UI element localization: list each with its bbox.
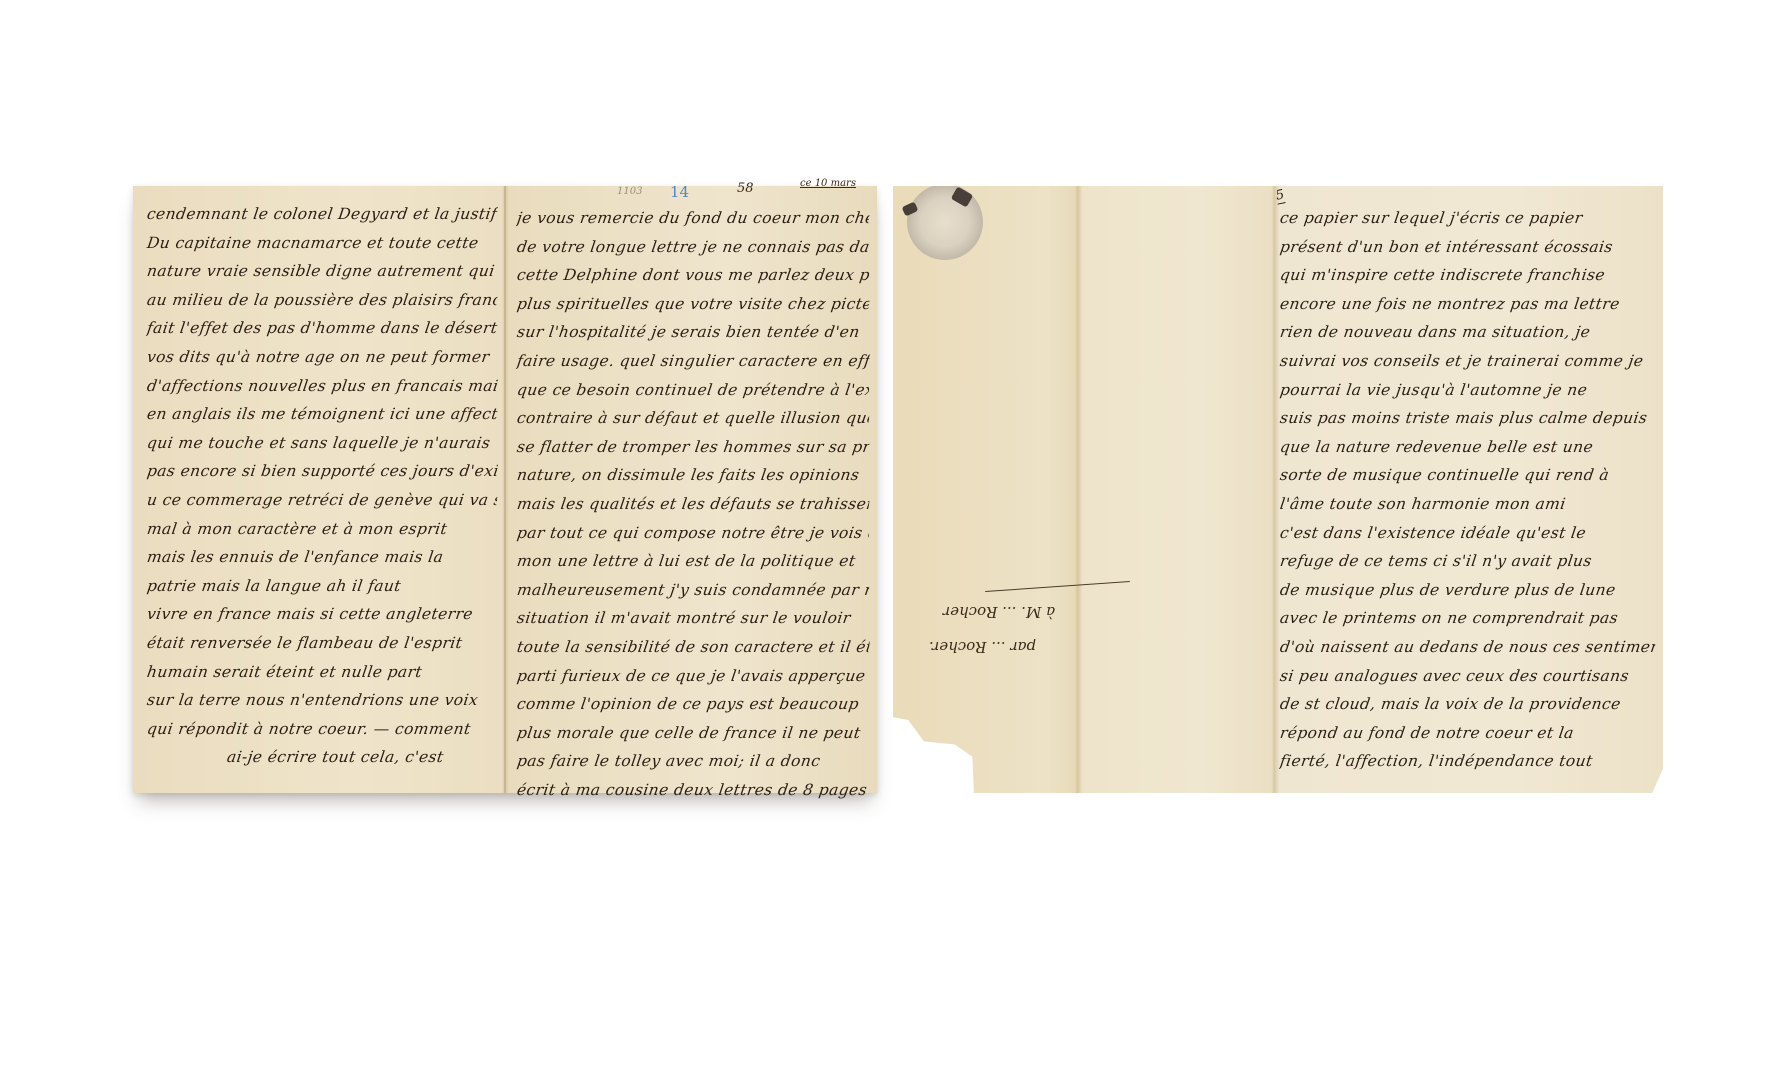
handwritten-line: c'est dans l'existence idéale qu'est le (1278, 519, 1657, 548)
handwritten-line: plus spirituelles que votre visite chez … (515, 290, 871, 319)
handwritten-line: patrie mais la langue ah il faut (145, 572, 499, 601)
panel-a-left-page: cendemnant le colonel Degyard et la just… (133, 186, 505, 793)
handwritten-line: suis pas moins triste mais plus calme de… (1278, 404, 1657, 433)
handwritten-line: sur l'hospitalité je serais bien tentée … (515, 318, 871, 347)
handwritten-line: u ce commerage retréci de genève qui va … (145, 486, 499, 515)
handwritten-line: était renversée le flambeau de l'esprit (145, 629, 499, 658)
page-number-note: 58 (737, 181, 754, 196)
folio-number: 1103 (617, 186, 642, 197)
handwritten-line: que la nature redevenue belle est une (1278, 433, 1657, 462)
panel-c-address-side: à M. ... Rocher par ... Rocher. (893, 186, 1270, 793)
handwritten-line: comme l'opinion de ce pays est beaucoup (515, 690, 871, 719)
handwritten-line: contraire à sur défaut et quelle illusio… (515, 404, 871, 433)
handwritten-line: plus morale que celle de france il ne pe… (515, 719, 871, 748)
handwritten-line: mon une lettre à lui est de la politique… (515, 547, 871, 576)
handwritten-line: que ce besoin continuel de prétendre à l… (515, 376, 871, 405)
handwritten-line: encore une fois ne montrez pas ma lettre (1278, 290, 1657, 319)
handwritten-line: par tout ce qui compose notre être je vo… (515, 519, 871, 548)
handwritten-line: pourrai la vie jusqu'à l'automne je ne (1278, 376, 1657, 405)
handwritten-line: en anglais ils me témoignent ici une aff… (145, 400, 499, 429)
handwritten-line: nature, on dissimule les faits les opini… (515, 461, 871, 490)
handwritten-line: rien de nouveau dans ma situation, je (1278, 318, 1657, 347)
page-marker: 5 (1274, 187, 1285, 204)
handwritten-line: pas encore si bien supporté ces jours d'… (145, 457, 499, 486)
panel-d-page: 5 ce papier sur lequel j'écris ce papier… (1270, 186, 1663, 793)
panel-b-right-page: 1103 14 58 ce 10 mars je vous remercie d… (505, 186, 877, 793)
handwritten-line: l'âme toute son harmonie mon ami (1278, 490, 1657, 519)
handwritten-line: vos dits qu'à notre age on ne peut forme… (145, 343, 499, 372)
handwritten-line: répond au fond de notre coeur et la (1278, 719, 1657, 748)
handwritten-line: fait l'effet des pas d'homme dans le dés… (145, 314, 499, 343)
handwritten-line: je vous remercie du fond du coeur mon ch… (515, 204, 871, 233)
handwritten-line: si peu analogues avec ceux des courtisan… (1278, 662, 1657, 691)
handwritten-line: vivre en france mais si cette angleterre (145, 600, 499, 629)
handwritten-line: suivrai vos conseils et je trainerai com… (1278, 347, 1657, 376)
handwritten-line: cendemnant le colonel Degyard et la just… (145, 200, 499, 229)
handwritten-line: de musique plus de verdure plus de lune (1278, 576, 1657, 605)
panel-d-text: ce papier sur lequel j'écris ce papier p… (1280, 204, 1655, 776)
left-letter-sheet: cendemnant le colonel Degyard et la just… (133, 186, 877, 793)
handwritten-line: ai-je écrire tout cela, c'est (145, 743, 499, 772)
handwritten-line: nature vraie sensible digne autrement qu… (145, 257, 499, 286)
date-note: ce 10 mars (800, 178, 856, 189)
handwritten-line: d'affections nouvelles plus en francais … (145, 372, 499, 401)
handwritten-line: malheureusement j'y suis condamnée par m… (515, 576, 871, 605)
handwritten-line: ce papier sur lequel j'écris ce papier (1278, 204, 1657, 233)
address-line-inverted: par ... Rocher. (929, 638, 1036, 656)
handwritten-line: Du capitaine macnamarce et toute cette (145, 229, 499, 258)
handwritten-line: pas faire le tolley avec moi; il a donc (515, 747, 871, 776)
right-letter-sheet: à M. ... Rocher par ... Rocher. 5 ce pap… (893, 186, 1663, 793)
handwritten-line: faire usage. quel singulier caractere en… (515, 347, 871, 376)
panel-a-text: cendemnant le colonel Degyard et la just… (147, 200, 497, 772)
address-line-inverted: à M. ... Rocher (943, 603, 1055, 621)
handwritten-line: sorte de musique continuelle qui rend à (1278, 461, 1657, 490)
handwritten-line: qui me touche et sans laquelle je n'aura… (145, 429, 499, 458)
panel-b-text: je vous remercie du fond du coeur mon ch… (517, 204, 869, 804)
handwritten-line: mal à mon caractère et à mon esprit (145, 515, 499, 544)
handwritten-line: refuge de ce tems ci s'il n'y avait plus (1278, 547, 1657, 576)
handwritten-line: mais les qualités et les défauts se trah… (515, 490, 871, 519)
handwritten-line: parti furieux de ce que je l'avais apper… (515, 662, 871, 691)
handwritten-line: qui répondit à notre coeur. — comment (145, 715, 499, 744)
handwritten-line: se flatter de tromper les hommes sur sa … (515, 433, 871, 462)
handwritten-line: au milieu de la poussière des plaisirs f… (145, 286, 499, 315)
handwritten-line: de st cloud, mais la voix de la providen… (1278, 690, 1657, 719)
handwritten-line: de votre longue lettre je ne connais pas… (515, 233, 871, 262)
address-underline (985, 581, 1130, 592)
handwritten-line: avec le printems on ne comprendrait pas (1278, 604, 1657, 633)
handwritten-line: situation il m'avait montré sur le voulo… (515, 604, 871, 633)
blue-pencil-number: 14 (670, 183, 689, 201)
handwritten-line: présent d'un bon et intéressant écossais (1278, 233, 1657, 262)
handwritten-line: humain serait éteint et nulle part (145, 658, 499, 687)
handwritten-line: écrit à ma cousine deux lettres de 8 pag… (515, 776, 871, 805)
handwritten-line: cette Delphine dont vous me parlez deux … (515, 261, 871, 290)
handwritten-line: toute la sensibilité de son caractere et… (515, 633, 871, 662)
handwritten-line: qui m'inspire cette indiscrete franchise (1278, 261, 1657, 290)
handwritten-line: mais les ennuis de l'enfance mais la (145, 543, 499, 572)
handwritten-line: fierté, l'affection, l'indépendance tout (1278, 747, 1657, 776)
wax-seal-icon (907, 184, 983, 260)
handwritten-line: sur la terre nous n'entendrions une voix (145, 686, 499, 715)
handwritten-line: d'où naissent au dedans de nous ces sent… (1278, 633, 1657, 662)
